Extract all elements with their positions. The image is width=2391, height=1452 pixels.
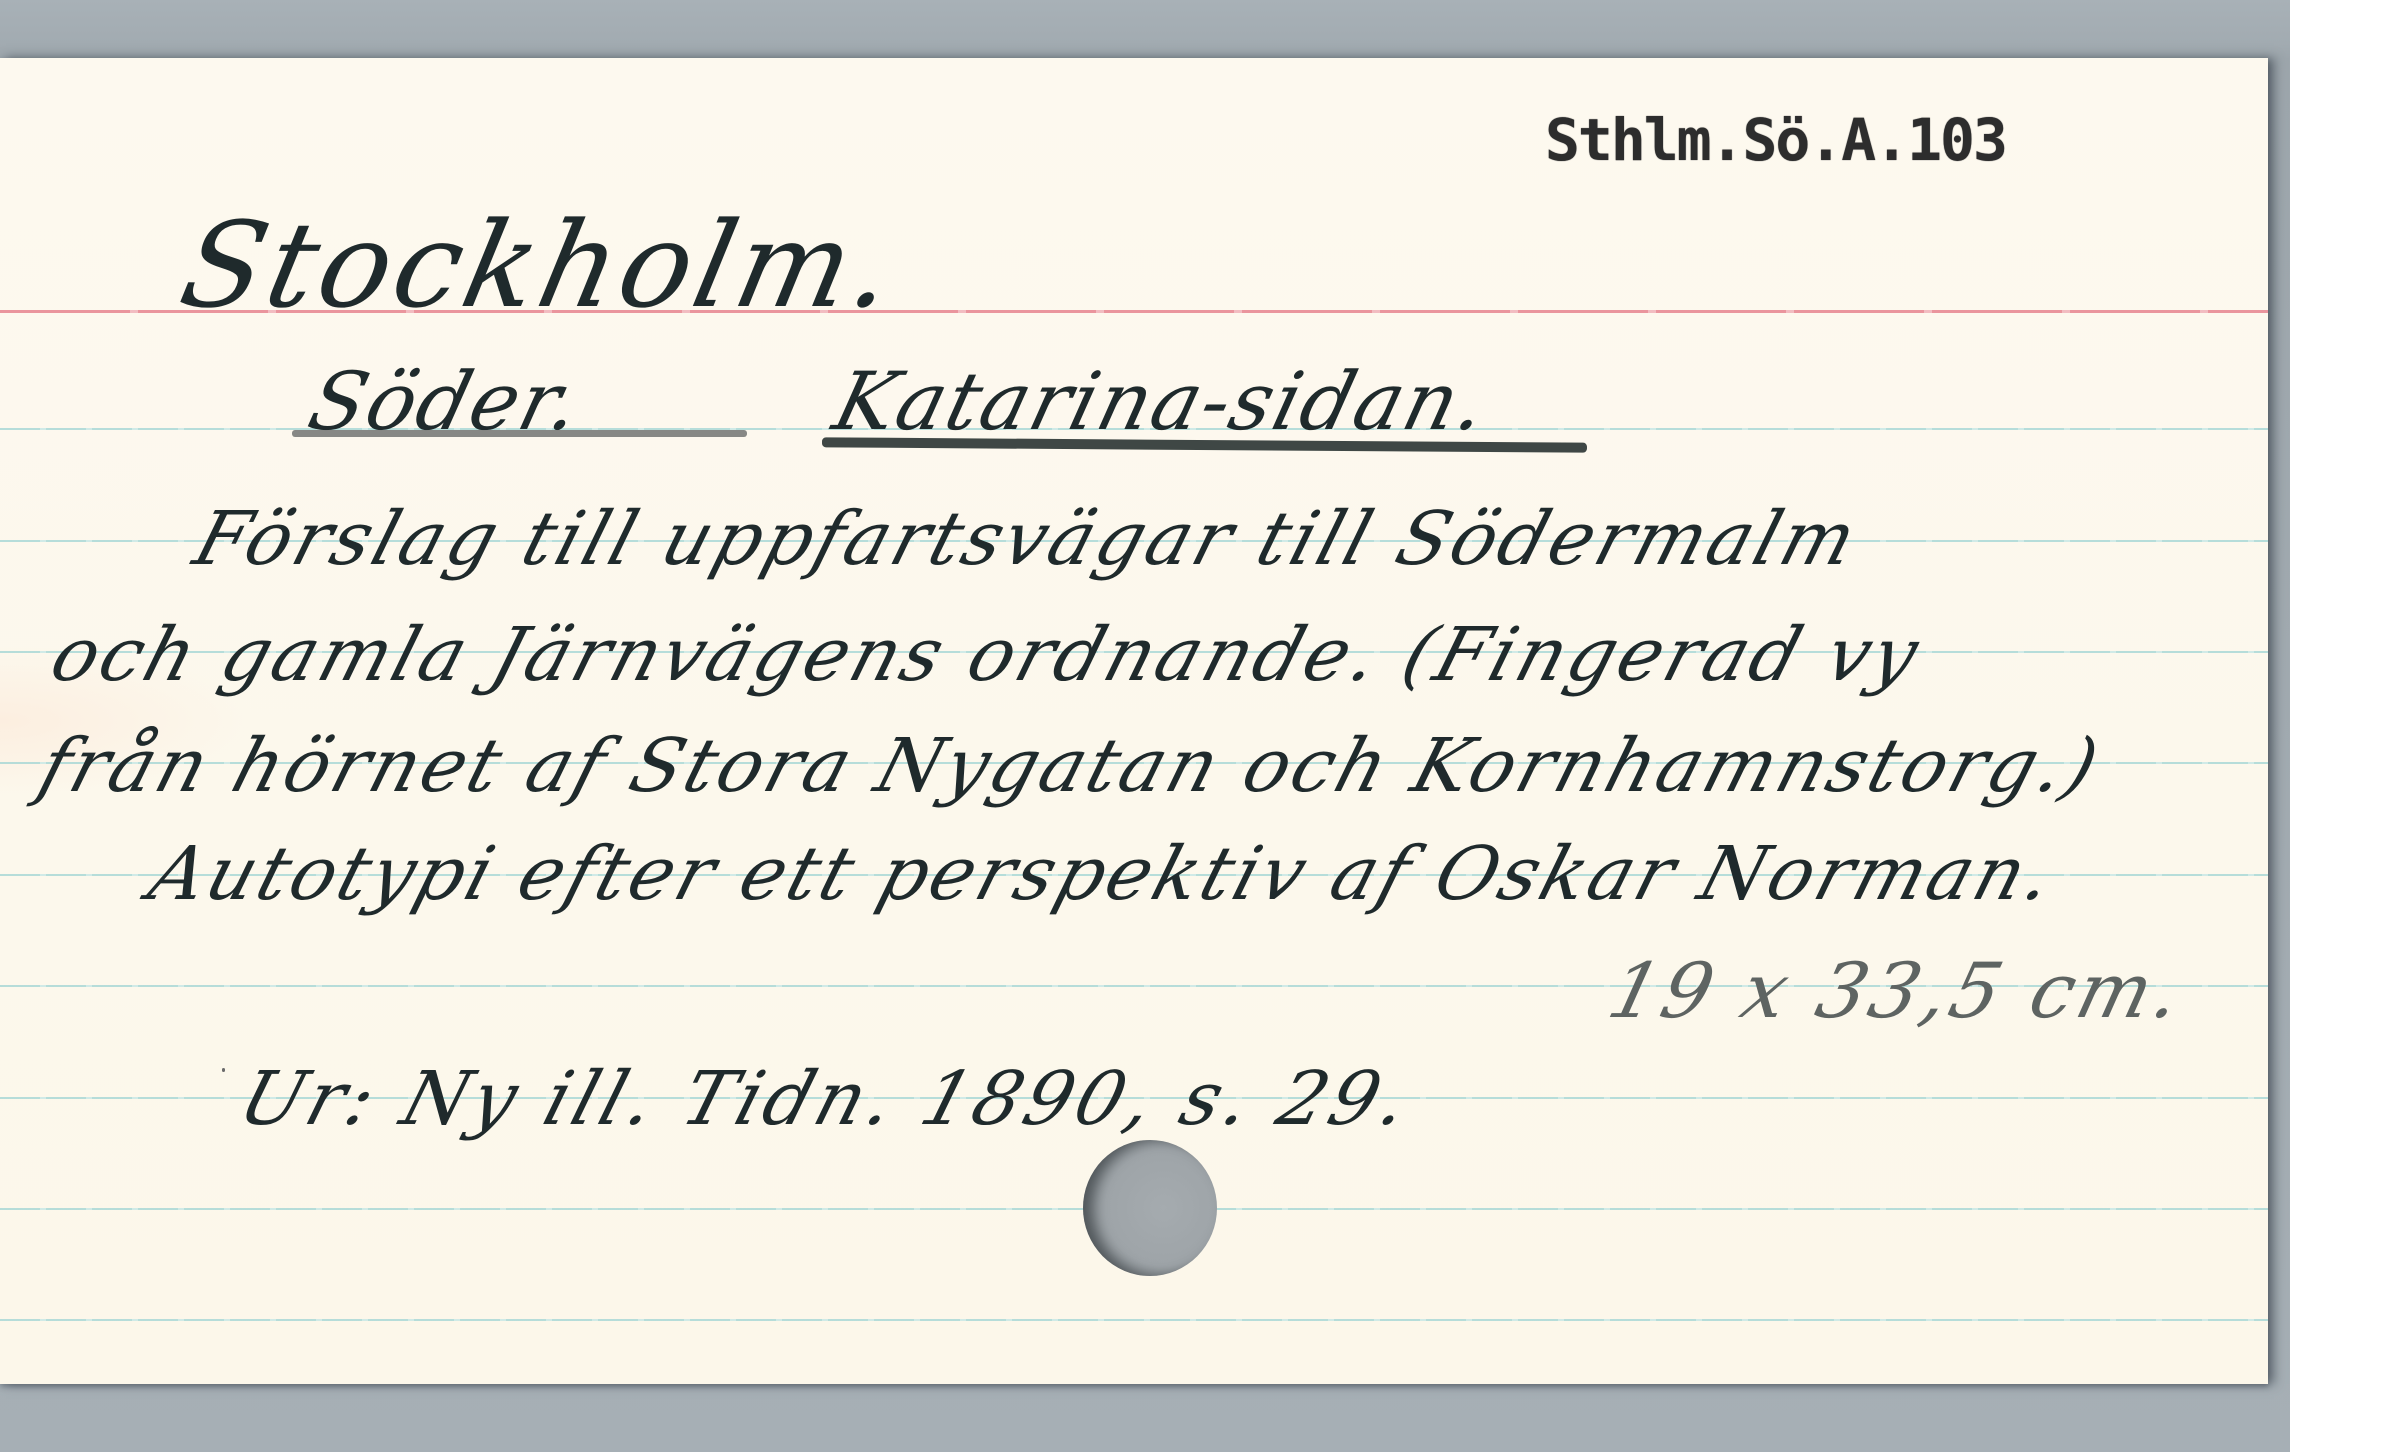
card-title: Stockholm. (170, 196, 910, 334)
description-line: Autotypi efter ett perspektiv af Oskar N… (140, 831, 2065, 917)
subtitle-area: Katarina-sidan. (825, 355, 1498, 448)
blue-rule (0, 1319, 2268, 1321)
catalog-card: Sthlm.Sö.A.103 Stockholm. Söder. Katarin… (0, 58, 2268, 1384)
punch-hole (1083, 1140, 1217, 1276)
description-line: Förslag till uppfartsvägar till Södermal… (185, 496, 1868, 582)
ink-speck (222, 1068, 225, 1072)
description-line: från hörnet af Stora Nygatan och Kornham… (30, 723, 2110, 809)
subtitle-district-underline (292, 430, 747, 437)
call-number-stamp: Sthlm.Sö.A.103 (1545, 106, 2006, 174)
source-citation: Ur: Ny ill. Tidn. 1890, s. 29. (230, 1056, 1422, 1142)
dimensions-note: 19 x 33,5 cm. (1600, 946, 2194, 1035)
description-line: och gamla Järnvägens ordnande. (Fingerad… (42, 612, 1931, 698)
